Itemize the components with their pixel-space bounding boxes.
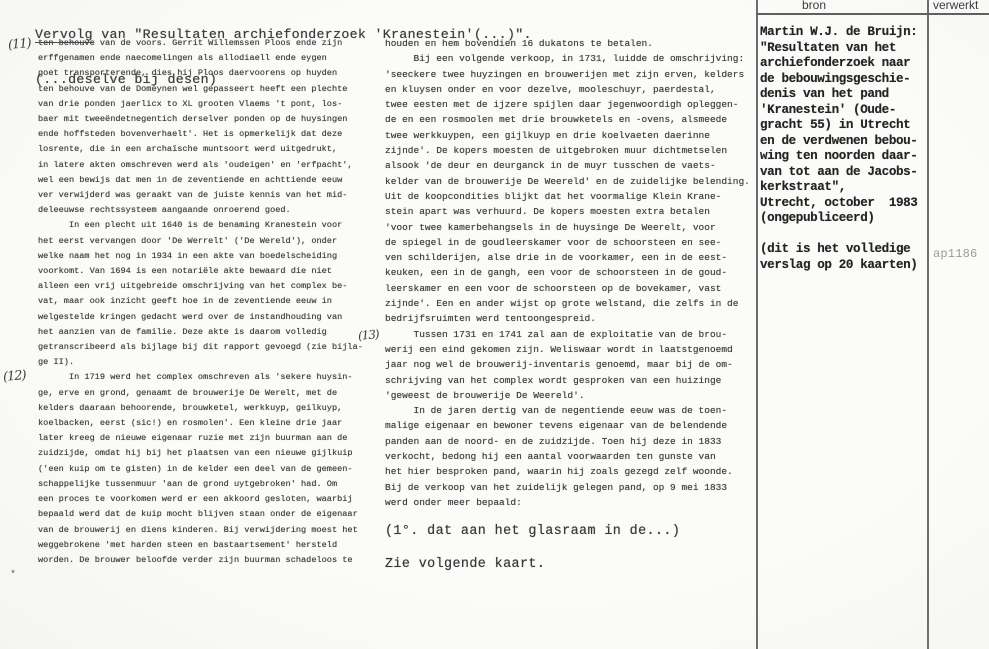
- middle-column-lines: houden en hem bovendien 16 dukatons te b…: [385, 36, 757, 510]
- text-line: twee eesten met de ijzere spijlen daar j…: [385, 97, 757, 112]
- source-citation-line: archiefonderzoek naar: [760, 56, 930, 72]
- text-line: Tussen 1731 en 1741 zal aan de exploitat…: [385, 327, 757, 342]
- source-citation-line: Utrecht, october 1983: [760, 196, 930, 212]
- source-citation-line: Martin W.J. de Bruijn:: [760, 25, 930, 41]
- text-line: worden. De brouwer beloofde verder zijn …: [38, 553, 368, 568]
- text-line: Bij de verkoop van het zuidelijk gelegen…: [385, 480, 757, 495]
- source-citation-line: verslag op 20 kaarten): [760, 258, 930, 274]
- source-citation-line: de bebouwingsgeschie-: [760, 72, 930, 88]
- text-line: leerskamer en een voor de schoorsteen op…: [385, 281, 757, 296]
- text-line: 'seeckere twee huyzingen en brouwerijen …: [385, 67, 757, 82]
- source-citation-line: (ongepubliceerd): [760, 211, 930, 227]
- card-code-label: ap1186: [933, 247, 977, 261]
- next-card-note: Zie volgende kaart.: [385, 554, 757, 576]
- margin-asterisk-mark: *: [10, 570, 16, 581]
- text-line: erffgenamen ende naecomelingen als allod…: [38, 51, 368, 66]
- text-line: in latere akten omschreven werd als 'oud…: [38, 158, 368, 173]
- column-header-verwerkt: verwerkt: [933, 0, 978, 12]
- text-line: een proces te voorkomen werd er een akko…: [38, 492, 368, 507]
- text-line: ende hoffsteden bovenverhaelt'. Het is o…: [38, 127, 368, 142]
- text-line: jaar nog wel de brouwerij-inventaris gen…: [385, 357, 757, 372]
- sidebar-header-rule: [756, 13, 989, 15]
- sidebar-left-rule: [756, 0, 758, 649]
- archive-card-page: Vervolg van "Resultaten archiefonderzoek…: [0, 0, 989, 649]
- text-line: 'geweest de brouwerije De Weereld'.: [385, 388, 757, 403]
- text-line: het hier besproken pand, waarin hij zoal…: [385, 464, 757, 479]
- text-line: ge, erve en grond, genaamt de brouwerije…: [38, 386, 368, 401]
- text-line: verkocht, bedong hij een aantal voorwaar…: [385, 449, 757, 464]
- source-citation-block: Martin W.J. de Bruijn:"Resultaten van he…: [760, 25, 930, 273]
- text-line: stein apart was verhuurd. De kopers moes…: [385, 204, 757, 219]
- text-line: zijnde'. De kopers moesten de uitgebroke…: [385, 143, 757, 158]
- text-line: ten behouve van de voors. Gerrit Willems…: [38, 36, 368, 51]
- text-line: baer mit tweeëndetnegentich derselver po…: [38, 112, 368, 127]
- paragraph-marker-11: (11): [7, 36, 31, 53]
- paragraph-marker-12: (12): [2, 368, 26, 385]
- text-line: ver verwijderd was geraakt van de juiste…: [38, 188, 368, 203]
- text-line: Uit de koopcondities blijkt dat het voor…: [385, 189, 757, 204]
- text-line: de en een rosmoolen met drie brouwketels…: [385, 112, 757, 127]
- source-citation-line: kerkstraat",: [760, 180, 930, 196]
- text-line: kelders daaraan behoorende, brouwketel, …: [38, 401, 368, 416]
- source-citation-line: van tot aan de Jacobs-: [760, 165, 930, 181]
- text-line: ven schilderijen, alse drie in de voorka…: [385, 250, 757, 265]
- text-line: het aanzien van de familie. Deze akte is…: [38, 325, 368, 340]
- text-line: welke naam het nog in 1934 in een akte v…: [38, 249, 368, 264]
- left-text-column: ten behouve van de voors. Gerrit Willems…: [38, 36, 368, 568]
- text-line: vat, maar ook inzicht geeft hoe in de ze…: [38, 294, 368, 309]
- middle-text-column: houden en hem bovendien 16 dukatons te b…: [385, 36, 757, 576]
- text-line: ('een kuip om te gisten) in de kelder ee…: [38, 462, 368, 477]
- source-citation-line: gracht 55) in Utrecht: [760, 118, 930, 134]
- source-citation-line: en de verdwenen bebou-: [760, 134, 930, 150]
- deed-excerpt-line: (1°. dat aan het glasraam in de...): [385, 521, 757, 543]
- source-citation-line: wing ten noorden daar-: [760, 149, 930, 165]
- text-line: In 1719 werd het complex omschreven als …: [38, 370, 368, 385]
- text-line: bedrijfsruimten werd tentoongespreid.: [385, 311, 757, 326]
- text-line: kelder van de brouwerije De Weereld' en …: [385, 174, 757, 189]
- text-line: schrijving van het complex wordt gesprok…: [385, 373, 757, 388]
- text-line: deleeuwse rechtssysteem aangaande onroer…: [38, 203, 368, 218]
- text-line: het eerst vervangen door 'De Werrelt' ('…: [38, 234, 368, 249]
- text-line: getranscribeerd als bijlage bij dit rapp…: [38, 340, 368, 355]
- text-line: panden aan de noord- en de zuidzijde. To…: [385, 434, 757, 449]
- text-line: koelbacken, eerst (sic!) en rosmolen'. E…: [38, 416, 368, 431]
- text-line: Bij een volgende verkoop, in 1731, luidd…: [385, 51, 757, 66]
- text-line: de spiegel in de goudleerskamer voor de …: [385, 235, 757, 250]
- text-line: 'voor twee kamerbehangsels in de huysing…: [385, 220, 757, 235]
- text-line: van de brouwerij en diens kinderen. Bij …: [38, 523, 368, 538]
- text-line: malige eigenaar en bewoner tevens eigena…: [385, 418, 757, 433]
- text-line: losrente, die in een archaïsche muntsoor…: [38, 142, 368, 157]
- text-line: twee werkkuypen, een gijlkuyp en drie ko…: [385, 128, 757, 143]
- text-line: alsook 'de deur en deurganck in de muyr …: [385, 158, 757, 173]
- column-header-bron: bron: [802, 0, 826, 12]
- text-line: bepaald werd dat de kuip mocht blijven s…: [38, 507, 368, 522]
- text-line: werij een eind gekomen zijn. Weliswaar w…: [385, 342, 757, 357]
- text-line: In de jaren dertig van de negentiende ee…: [385, 403, 757, 418]
- text-line: keuken, een in de gangh, een voor de sch…: [385, 265, 757, 280]
- text-line: ten behouve van de Domeynen wel gepassee…: [38, 82, 368, 97]
- source-citation-line: [760, 227, 930, 243]
- source-citation-line: "Resultaten van het: [760, 41, 930, 57]
- source-citation-line: 'Kranestein' (Oude-: [760, 103, 930, 119]
- text-line: van drie ponden jaerlicx to XL grooten V…: [38, 97, 368, 112]
- text-line: alleen een vrij uitgebreide omschrijving…: [38, 279, 368, 294]
- text-line: zuidzijde, omdat hij bij het plaatsen va…: [38, 446, 368, 461]
- text-line: In een plecht uit 1640 is de benaming Kr…: [38, 218, 368, 233]
- text-line: goet transporterende, dies hij Ploos dae…: [38, 66, 368, 81]
- source-citation-line: (dit is het volledige: [760, 242, 930, 258]
- text-line: zijnde'. Een en ander wijst op grote wel…: [385, 296, 757, 311]
- text-line: wel een bewijs dat men in de zeventiende…: [38, 173, 368, 188]
- source-citation-line: denis van het pand: [760, 87, 930, 103]
- text-line: werd onder meer bepaald:: [385, 495, 757, 510]
- text-line: later kreeg de nieuwe eigenaar ruzie met…: [38, 431, 368, 446]
- text-line: voorkomt. Van 1694 is een notariële akte…: [38, 264, 368, 279]
- text-line: ge II).: [38, 355, 368, 370]
- text-line: houden en hem bovendien 16 dukatons te b…: [385, 36, 757, 51]
- text-line: weggebrokene 'met harden steen en bastaa…: [38, 538, 368, 553]
- text-line: welgestelde kringen gedacht werd over de…: [38, 310, 368, 325]
- text-line: schappelijke tussenmuur 'aan de grond uy…: [38, 477, 368, 492]
- text-line: en kluysen onder en voor dezelve, mooles…: [385, 82, 757, 97]
